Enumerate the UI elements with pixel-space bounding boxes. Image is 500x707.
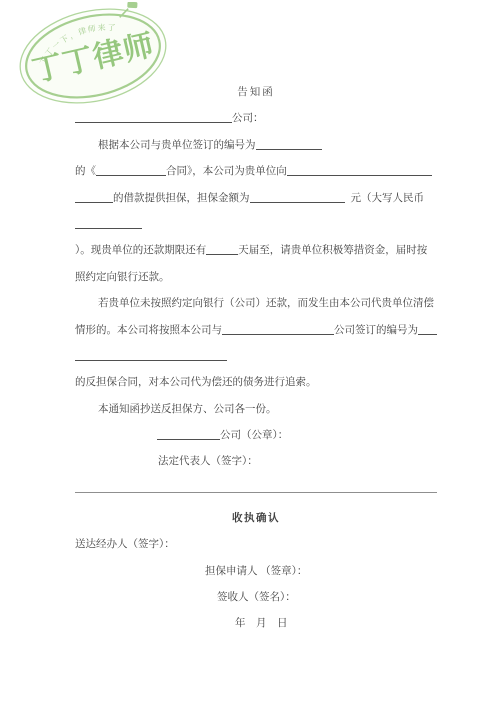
blank-guarantee-amount xyxy=(250,190,345,203)
legal-rep-line: 法定代表人（签字）： xyxy=(75,449,437,475)
para2-line2: 情形的。本公司将按照本公司与公司签订的编号为 xyxy=(75,318,437,344)
blank-contract-number xyxy=(256,137,322,150)
para1-line3: 的借款提供担保，担保金额为元（大写人民币 xyxy=(75,186,437,212)
blank-seal-company xyxy=(157,427,220,440)
para2-text-b: 情形的。本公司将按照本公司与 xyxy=(75,325,222,336)
receipt-title: 收执确认 xyxy=(75,506,437,532)
blank-contract-name xyxy=(96,163,166,176)
para2-text-c: 公司签订的编号为 xyxy=(334,325,418,336)
para1-line1: 根据本公司与贵单位签订的编号为 xyxy=(75,133,437,159)
date-line: 年 月 日 xyxy=(75,611,437,637)
para1-text-c: 合同》，本公司为贵单位向 xyxy=(166,166,287,177)
section-divider xyxy=(75,492,437,493)
para2-line4: 的反担保合同，对本公司代为偿还的债务进行追索。 xyxy=(75,370,437,396)
document-body: 告知函 公司： 根据本公司与贵单位签订的编号为 的《合同》，本公司为贵单位向 的… xyxy=(0,0,500,638)
blank-counter-number-start xyxy=(418,322,437,335)
blank-addressee-company xyxy=(75,110,232,123)
para2-line1: 若贵单位未按照约定向银行（公司）还款，而发生由本公司代贵单位清偿 xyxy=(75,291,437,317)
date-label: 年 月 日 xyxy=(235,618,288,629)
para2-text-d: 的反担保合同，对本公司代为偿还的债务进行追索。 xyxy=(75,377,317,388)
blank-days-remaining xyxy=(206,242,238,255)
para1-line2: 的《合同》，本公司为贵单位向 xyxy=(75,159,437,185)
addressee-line: 公司： xyxy=(75,106,437,132)
para1-text-h: 照约定向银行还款。 xyxy=(75,272,170,283)
doc-title: 告知函 xyxy=(75,80,437,106)
blank-counter-company xyxy=(222,322,334,335)
seal-line: 公司（公章）： xyxy=(75,423,437,449)
para2-text-a: 若贵单位未按照约定向银行（公司）还款，而发生由本公司代贵单位清偿 xyxy=(98,298,434,309)
blank-counter-number-cont xyxy=(75,348,227,361)
para1-line5: ）。现贵单位的还款期限还有天届至，请贵单位积极筹措资金，届时按 xyxy=(75,238,437,264)
para1-text-f: ）。现贵单位的还款期限还有 xyxy=(75,245,206,256)
para1-text-g: 天届至，请贵单位积极筹措资金，届时按 xyxy=(238,245,427,256)
legal-rep-label: 法定代表人（签字）： xyxy=(158,456,258,467)
document-page: 丁丁一下，律师来了 丁丁律师 告知函 公司： 根据本公司与贵单位签订的编号为 的… xyxy=(0,0,500,707)
para2-line3 xyxy=(75,344,437,370)
para1-text-b: 的《 xyxy=(75,166,96,177)
seal-suffix: 公司（公章）： xyxy=(220,430,288,441)
recipient-label: 签收人（签名）： xyxy=(217,592,296,603)
deliverer-label: 送达经办人（签字）： xyxy=(75,539,175,550)
para1-text-d: 的借款提供担保，担保金额为 xyxy=(113,193,250,204)
blank-amount-words xyxy=(75,216,142,229)
applicant-label: 担保申请人 （签章）： xyxy=(205,566,307,577)
blank-lender-cont xyxy=(75,190,113,203)
para3-line: 本通知函抄送反担保方、公司各一份。 xyxy=(75,397,437,423)
deliverer-line: 送达经办人（签字）： xyxy=(75,532,437,558)
para1-line4 xyxy=(75,212,437,238)
addressee-suffix: 公司： xyxy=(232,113,264,124)
para1-text-e: 元（大写人民币 xyxy=(351,193,425,204)
recipient-line: 签收人（签名）： xyxy=(75,585,437,611)
blank-lender-name xyxy=(287,163,432,176)
applicant-line: 担保申请人 （签章）： xyxy=(75,559,437,585)
para1-text-a: 根据本公司与贵单位签订的编号为 xyxy=(98,140,256,151)
para3-text: 本通知函抄送反担保方、公司各一份。 xyxy=(98,404,277,415)
para1-line6: 照约定向银行还款。 xyxy=(75,265,437,291)
